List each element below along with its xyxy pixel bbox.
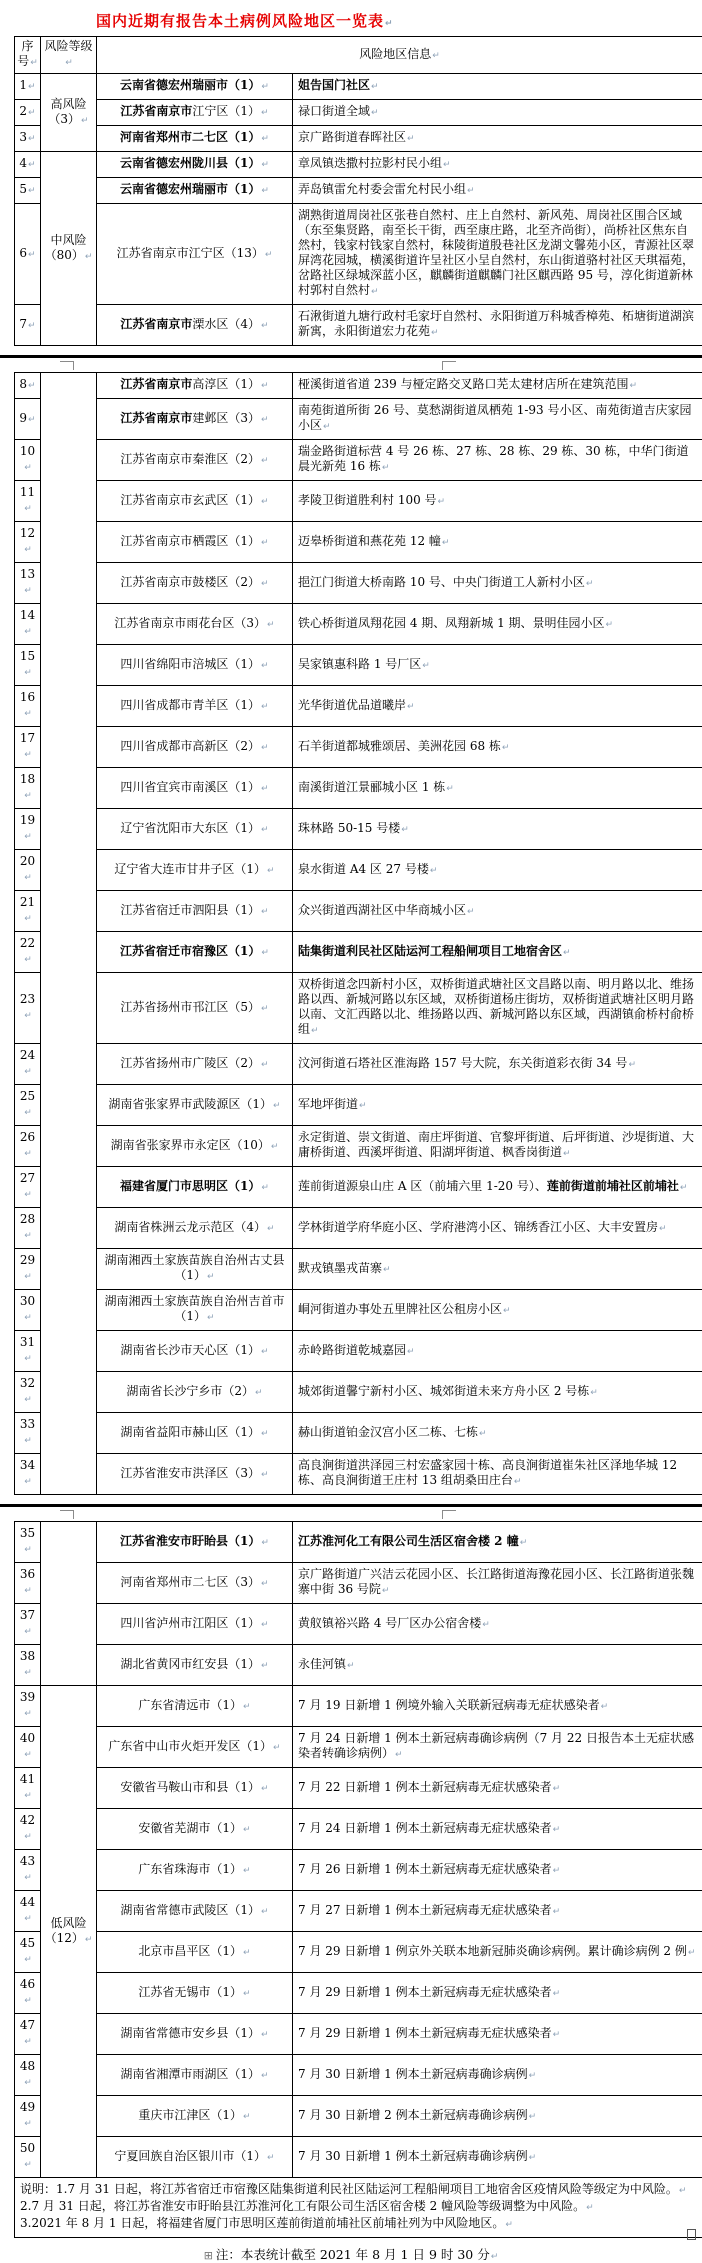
region-text: 湖南省益阳市赫山区（1） [120,1425,260,1439]
region-cell: 湖南省株洲云龙示范区（4）↵ [97,1208,293,1249]
region-text: 广东省清远市（1） [138,1698,242,1712]
line-break-mark: ↵ [28,381,36,391]
risk-table-page-3: 35↵江苏省淮安市盱眙县（1）↵江苏淮河化工有限公司生活区宿舍楼 2 幢↵↵36… [14,1521,702,2238]
info-text: 7 月 24 日新增 1 例本土新冠病毒无症状感染者 [298,1821,552,1835]
table-row: 7↵江苏省南京市溧水区（4）↵石湫街道九塘行政村毛家圩自然村、永阳街道万科城香樟… [15,305,702,346]
region-text: 四川省成都市高新区（2） [120,739,260,753]
line-break-mark: ↵ [491,2252,499,2262]
line-break-mark: ↵ [261,160,269,170]
row-number-text: 18 [20,772,35,786]
region-text: 湖南省张家界市永定区（10） [111,1138,270,1152]
table-row: 46↵江苏省无锡市（1）↵7 月 29 日新增 1 例本土新冠病毒无症状感染者↵… [15,1973,702,2014]
row-number-text: 39 [20,1690,35,1704]
line-break-mark: ↵ [243,1866,251,1876]
row-number: 2↵ [15,100,41,126]
line-break-mark: ↵ [482,1620,490,1630]
table-row: 50↵宁夏回族自治区银川市（1）↵7 月 30 日新增 1 例本土新冠病毒确诊病… [15,2137,702,2178]
info-cell: 章凤镇迭撒村拉影村民小组↵↵ [293,152,702,178]
info-cell: 7 月 22 日新增 1 例本土新冠病毒无症状感染者↵↵ [293,1768,702,1809]
table-header-row: 序号↵ 风险等级↵ 风险地区信息↵ [15,37,702,74]
region-cell: 宁夏回族自治区银川市（1）↵ [97,2137,293,2178]
line-break-mark: ↵ [261,415,269,425]
line-break-mark: ↵ [438,497,446,507]
info-cell: 京广路街道广兴洁云花园小区、长江路街道海豫花园小区、长江路街道张魏寨中街 36 … [293,1563,702,1604]
region-cell: 江苏省南京市秦淮区（2）↵ [97,440,293,481]
line-break-mark: ↵ [606,620,614,630]
line-break-mark: ↵ [28,415,36,425]
info-text: 双桥街道念四新村小区，双桥街道武塘社区文昌路以南、明月路以北、维扬路以西、新城河… [298,977,694,1036]
line-break-mark: ↵ [267,866,275,876]
line-break-mark: ↵ [243,2112,251,2122]
line-break-mark: ↵ [505,2220,513,2230]
line-break-mark: ↵ [24,545,32,555]
line-break-mark: ↵ [261,1579,269,1589]
row-number: 9↵ [15,399,41,440]
table-row: 38↵湖北省黄冈市红安县（1）↵永佳河镇↵↵ [15,1645,702,1686]
region-text: 辽宁省沈阳市大东区（1） [120,821,260,835]
region-text: 江苏省南京市 [120,411,192,425]
row-number: 28↵ [15,1208,41,1249]
info-text: 孝陵卫街道胜利村 100 号 [298,493,437,507]
notes-item: 3.2021 年 8 月 1 日起，将福建省厦门市思明区莲前街道前埔社区前埔社列… [20,2216,504,2230]
row-number: 41↵ [15,1768,41,1809]
info-cell: 7 月 30 日新增 2 例本土新冠病毒确诊病例↵↵ [293,2096,702,2137]
row-number-text: 10 [20,444,35,458]
info-text: 黄舣镇裕兴路 4 号厂区办公宿舍楼 [298,1616,481,1630]
line-break-mark: ↵ [24,709,32,719]
row-number: 34↵ [15,1454,41,1495]
table-row: 20↵辽宁省大连市甘井子区（1）↵泉水街道 A4 区 27 号楼↵↵ [15,850,702,891]
line-break-mark: ↵ [24,1436,32,1446]
region-text: 宁夏回族自治区银川市（1） [114,2149,266,2163]
line-break-mark: ↵ [28,108,36,118]
row-number-text: 29 [20,1253,35,1267]
line-break-mark: ↵ [261,1004,269,1014]
footer-note: 注：本表统计截至 2021 年 8 月 1 日 9 时 30 分 [216,2247,490,2262]
region-text: 江苏省扬州市邗江区（5） [120,1000,260,1014]
line-break-mark: ↵ [207,1272,215,1282]
line-break-mark: ↵ [24,1190,32,1200]
table-row: 23↵江苏省扬州市邗江区（5）↵双桥街道念四新村小区，双桥街道武塘社区文昌路以南… [15,973,702,1044]
risk-level-name: 低风险 [43,1916,94,1931]
region-cell: 四川省绵阳市涪城区（1）↵ [97,645,293,686]
row-number: 42↵ [15,1809,41,1850]
info-cell: 赫山街道铂金汉宫小区二栋、七栋↵↵ [293,1413,702,1454]
info-text: 峒河街道办事处五里牌社区公租房小区 [298,1302,502,1316]
line-break-mark: ↵ [407,702,415,712]
region-text: 湖南省湘潭市雨湖区（1） [120,2067,260,2081]
region-text: 江苏省淮安市洪泽区（3） [120,1466,260,1480]
region-cell: 广东省珠海市（1）↵ [97,1850,293,1891]
line-break-mark: ↵ [24,1545,32,1555]
region-text: 江苏省南京市 [120,317,192,331]
row-number: 35↵ [15,1522,41,1563]
line-break-mark: ↵ [24,1791,32,1801]
info-text: 珠林路 50-15 号楼 [298,821,400,835]
line-break-mark: ↵ [371,108,379,118]
row-number: 18↵ [15,768,41,809]
line-break-mark: ↵ [261,907,269,917]
line-break-mark: ↵ [630,381,638,391]
line-break-mark: ↵ [680,1183,688,1193]
info-cell: 桠溪街道省道 239 与桠定路交叉路口芜太建材店所在建筑范围↵↵ [293,373,702,399]
info-cell: 7 月 30 日新增 1 例本土新冠病毒确诊病例↵↵ [293,2055,702,2096]
row-number: 10↵ [15,440,41,481]
table-row: 29↵湖南湘西土家族苗族自治州古丈县（1）↵默戎镇墨戎苗寨↵↵ [15,1249,702,1290]
table-row: 32↵湖南省长沙宁乡市（2）↵城郊街道馨宁新村小区、城郊街道未来方舟小区 2 号… [15,1372,702,1413]
region-cell: 辽宁省沈阳市大东区（1）↵ [97,809,293,850]
row-number: 8↵ [15,373,41,399]
line-break-mark: ↵ [30,58,38,68]
line-break-mark: ↵ [24,2119,32,2129]
region-cell: 湖北省黄冈市红安县（1）↵ [97,1645,293,1686]
region-cell: 湖南省常德市武陵区（1）↵ [97,1891,293,1932]
row-number: 21↵ [15,891,41,932]
info-cell: 京广路街道春晖社区↵↵ [293,126,702,152]
table-row: 22↵江苏省宿迁市宿豫区（1）↵陆集街道利民社区陆运河工程船闸项目工地宿舍区↵↵ [15,932,702,973]
info-cell: 湖熟街道周岗社区张巷自然村、庄上自然村、新风苑、周岗社区围合区域（东至集贤路，南… [293,204,702,305]
line-break-mark: ↵ [243,1702,251,1712]
line-break-mark: ↵ [24,1914,32,1924]
line-break-mark: ↵ [520,1538,528,1548]
region-text: 重庆市江津区（1） [138,2108,242,2122]
risk-level-count: （3） [48,112,80,126]
table-row: 17↵四川省成都市高新区（2）↵石羊街道都城雅颂居、美洲花园 68 栋↵↵ [15,727,702,768]
info-text: 桠溪街道省道 239 与桠定路交叉路口芜太建材店所在建筑范围 [298,377,629,391]
document-page: 国内近期有报告本土病例风险地区一览表↵ 序号↵ 风险等级↵ 风险地区信息↵ 1↵… [0,0,702,2263]
info-cell: 泉水街道 A4 区 27 号楼↵↵ [293,850,702,891]
info-cell: 城郊街道馨宁新村小区、城郊街道未来方舟小区 2 号栋↵↵ [293,1372,702,1413]
info-text: 铁心桥街道凤翔花园 4 期、凤翔新城 1 期、景明佳园小区 [298,616,605,630]
line-break-mark: ↵ [261,661,269,671]
line-break-mark: ↵ [323,422,331,432]
line-break-mark: ↵ [24,750,32,760]
risk-level-cell: 低风险（12）↵ [41,1686,97,2178]
region-cell: 湖南省长沙市天心区（1）↵ [97,1331,293,1372]
line-break-mark: ↵ [267,620,275,630]
line-break-mark: ↵ [24,1011,32,1021]
risk-level-count: （12） [45,1931,84,1945]
row-number-text: 36 [20,1567,35,1581]
region-text: 安徽省芜湖市（1） [138,1821,242,1835]
table-row: 43↵广东省珠海市（1）↵7 月 26 日新增 1 例本土新冠病毒无症状感染者↵… [15,1850,702,1891]
table-row: 49↵重庆市江津区（1）↵7 月 30 日新增 2 例本土新冠病毒确诊病例↵↵ [15,2096,702,2137]
info-cell: 光华街道优品道曦岸↵↵ [293,686,702,727]
line-break-mark: ↵ [24,2037,32,2047]
line-break-mark: ↵ [385,19,394,29]
info-cell: 军地坪街道↵↵ [293,1085,702,1126]
region-cell: 安徽省马鞍山市和县（1）↵ [97,1768,293,1809]
row-number: 23↵ [15,973,41,1044]
line-break-mark: ↵ [261,1907,269,1917]
table-row: 26↵湖南省张家界市永定区（10）↵永定街道、崇文街道、南庄坪街道、官黎坪街道、… [15,1126,702,1167]
region-cell: 江苏省南京市鼓楼区（2）↵ [97,563,293,604]
table-row: 1↵高风险（3）↵云南省德宏州瑞丽市（1）↵姐告国门社区↵↵ [15,74,702,100]
row-number: 13↵ [15,563,41,604]
line-break-mark: ↵ [679,2186,687,2196]
row-number: 6↵ [15,204,41,305]
line-break-mark: ↵ [261,579,269,589]
row-number: 43↵ [15,1850,41,1891]
region-cell: 江苏省南京市江宁区（13）↵ [97,204,293,305]
line-break-mark: ↵ [24,1955,32,1965]
row-number: 36↵ [15,1563,41,1604]
info-text: 众兴街道西湖社区中华商城小区 [298,903,466,917]
col-header-no: 序号↵ [15,37,41,74]
line-break-mark: ↵ [24,1313,32,1323]
line-break-mark: ↵ [347,1661,355,1671]
line-break-mark: ↵ [261,321,269,331]
row-number-text: 14 [20,608,35,622]
line-break-mark: ↵ [24,1750,32,1760]
region-cell: 四川省成都市青羊区（1）↵ [97,686,293,727]
region-cell: 广东省中山市火炬开发区（1）↵ [97,1727,293,1768]
row-number: 30↵ [15,1290,41,1331]
region-text: 江苏省扬州市广陵区（2） [120,1056,260,1070]
region-text: 安徽省马鞍山市和县（1） [120,1780,260,1794]
line-break-mark: ↵ [590,1388,598,1398]
row-number: 32↵ [15,1372,41,1413]
info-text: 赤岭路街道乾城嘉园 [298,1343,406,1357]
info-text: 7 月 19 日新增 1 例境外输入关联新冠病毒无症状感染者 [298,1698,600,1712]
line-break-mark: ↵ [422,661,430,671]
line-break-mark: ↵ [271,1142,279,1152]
info-text: 7 月 27 日新增 1 例本土新冠病毒无症状感染者 [298,1903,552,1917]
row-number-text: 38 [20,1649,35,1663]
info-text: 石湫街道九塘行政村毛家圩自然村、永阳街道万科城香樟苑、柘塘街道湖滨新寓，永阳街道… [298,309,694,338]
region-cell: 湖南湘西土家族苗族自治州古丈县（1）↵ [97,1249,293,1290]
row-number-text: 16 [20,690,35,704]
line-break-mark: ↵ [261,538,269,548]
region-cell: 广东省清远市（1）↵ [97,1686,293,1727]
row-number: 25↵ [15,1085,41,1126]
line-break-mark: ↵ [261,1429,269,1439]
line-break-mark: ↵ [261,134,269,144]
info-cell: 7 月 26 日新增 1 例本土新冠病毒无症状感染者↵↵ [293,1850,702,1891]
region-cell: 河南省郑州市二七区（1）↵ [97,126,293,152]
row-number: 50↵ [15,2137,41,2178]
row-number-text: 48 [20,2059,35,2073]
info-cell: 黄舣镇裕兴路 4 号厂区办公宿舍楼↵↵ [293,1604,702,1645]
row-number-text: 31 [20,1335,35,1349]
row-number-text: 33 [20,1417,35,1431]
region-cell: 江苏省宿迁市宿豫区（1）↵ [97,932,293,973]
info-cell: 瑞金路街道标营 4 号 26 栋、27 栋、28 栋、29 栋、30 栋，中华门… [293,440,702,481]
text-boundary-mark [442,361,456,370]
row-number-text: 4 [19,156,27,170]
line-break-mark: ↵ [261,1784,269,1794]
region-cell: 江苏省南京市雨花台区（3）↵ [97,604,293,645]
info-text: 陆集街道利民社区陆运河工程船闸项目工地宿舍区 [298,944,562,958]
info-text: 挹江门街道大桥南路 10 号、中央门街道工人新村小区 [298,575,585,589]
line-break-mark: ↵ [273,1101,281,1111]
row-number-text: 50 [20,2141,35,2155]
table-row: 31↵湖南省长沙市天心区（1）↵赤岭路街道乾城嘉园↵↵ [15,1331,702,1372]
notes-line: 2.7 月 31 日起，将江苏省淮安市盱眙县江苏淮河化工有限公司生活区宿舍楼 2… [20,2199,697,2216]
line-break-mark: ↵ [553,1989,561,1999]
line-break-mark: ↵ [24,832,32,842]
table-row: 27↵福建省厦门市思明区（1）↵莲前街道源泉山庄 A 区（前埔六里 1-20 号… [15,1167,702,1208]
line-break-mark: ↵ [529,2153,537,2163]
table-row: 34↵江苏省淮安市洪泽区（3）↵高良涧街道洪泽园三村宏盛家园十栋、高良涧街道崔朱… [15,1454,702,1495]
row-number: 46↵ [15,1973,41,2014]
region-cell: 北京市昌平区（1）↵ [97,1932,293,1973]
row-number: 29↵ [15,1249,41,1290]
line-break-mark: ↵ [24,1627,32,1637]
region-text: 湖南省株洲云龙示范区（4） [114,1220,266,1234]
line-break-mark: ↵ [24,1477,32,1487]
info-cell: 南苑街道所街 26 号、莫愁湖街道凤栖苑 1-93 号小区、南苑街道吉庆家园小区… [293,399,702,440]
notes-cell: 说明：1.7 月 31 日起，将江苏省宿迁市宿豫区陆集街道利民社区陆运河工程船闸… [15,2178,702,2238]
line-break-mark: ↵ [261,456,269,466]
info-text: 7 月 30 日新增 2 例本土新冠病毒确诊病例 [298,2108,528,2122]
line-break-mark: ↵ [514,1477,522,1487]
line-break-mark: ↵ [261,1661,269,1671]
region-text: 广东省珠海市（1） [138,1862,242,1876]
notes-item: 2.7 月 31 日起，将江苏省淮安市盱眙县江苏淮河化工有限公司生活区宿舍楼 2… [20,2199,585,2213]
line-break-mark: ↵ [261,108,269,118]
row-number-text: 30 [20,1294,35,1308]
row-number: 39↵ [15,1686,41,1727]
info-cell: 汶河街道石塔社区淮海路 157 号大院，东关街道彩衣街 34 号↵↵ [293,1044,702,1085]
info-text: 章凤镇迭撒村拉影村民小组 [298,156,442,170]
row-number: 26↵ [15,1126,41,1167]
info-cell: 挹江门街道大桥南路 10 号、中央门街道工人新村小区↵↵ [293,563,702,604]
line-break-mark: ↵ [24,1354,32,1364]
row-number-text: 24 [20,1048,35,1062]
row-number: 48↵ [15,2055,41,2096]
region-cell: 江苏省扬州市广陵区（2）↵ [97,1044,293,1085]
region-text: 江苏省南京市玄武区（1） [120,493,260,507]
row-number-text: 8 [19,377,27,391]
row-number-text: 3 [19,130,27,144]
region-text: 湖南省长沙市天心区（1） [120,1343,260,1357]
line-break-mark: ↵ [24,1395,32,1405]
line-break-mark: ↵ [24,2160,32,2170]
line-break-mark: ↵ [24,627,32,637]
info-cell: 石羊街道都城雅颂居、美洲花园 68 栋↵↵ [293,727,702,768]
info-text: 永定街道、崇文街道、南庄坪街道、官黎坪街道、后坪街道、沙堤街道、大庸桥街道、西溪… [298,1130,694,1159]
region-cell: 辽宁省大连市甘井子区（1）↵ [97,850,293,891]
region-text: 湖南省张家界市武陵源区（1） [108,1097,272,1111]
line-break-mark: ↵ [24,955,32,965]
region-text: 湖南湘西土家族苗族自治州古丈县（1） [104,1253,284,1282]
info-cell: 7 月 29 日新增 1 例本土新冠病毒无症状感染者↵↵ [293,2014,702,2055]
page-break-line [0,355,702,358]
info-text: 7 月 22 日新增 1 例本土新冠病毒无症状感染者 [298,1780,552,1794]
region-text: 河南省郑州市二七区（1） [120,130,260,144]
info-cell: 姐告国门社区↵↵ [293,74,702,100]
table-row: 25↵湖南省张家界市武陵源区（1）↵军地坪街道↵↵ [15,1085,702,1126]
notes-line: 说明：1.7 月 31 日起，将江苏省宿迁市宿豫区陆集街道利民社区陆运河工程船闸… [20,2182,697,2199]
line-break-mark: ↵ [81,116,89,126]
line-break-mark: ↵ [267,1224,275,1234]
col-header-info-text: 风险地区信息 [359,47,431,61]
row-number-text: 19 [20,813,35,827]
region-cell: 江苏省宿迁市泗阳县（1）↵ [97,891,293,932]
region-text: 江宁区（1） [192,104,260,118]
region-text: 湖南省常德市安乡县（1） [120,2026,260,2040]
info-cell: 江苏淮河化工有限公司生活区宿舍楼 2 幢↵↵ [293,1522,702,1563]
info-text: 城郊街道馨宁新村小区、城郊街道未来方舟小区 2 号栋 [298,1384,589,1398]
info-text: 7 月 26 日新增 1 例本土新冠病毒无症状感染者 [298,1862,552,1876]
region-text: 湖南省长沙宁乡市（2） [126,1384,254,1398]
line-break-mark: ↵ [24,873,32,883]
region-cell: 云南省德宏州瑞丽市（1）↵ [97,74,293,100]
table-row: 2↵江苏省南京市江宁区（1）↵禄口街道全域↵↵ [15,100,702,126]
region-cell: 江苏省淮安市洪泽区（3）↵ [97,1454,293,1495]
region-text: 建邺区（3） [192,411,260,425]
line-break-mark: ↵ [467,907,475,917]
line-break-mark: ↵ [261,1183,269,1193]
line-break-mark: ↵ [659,1224,667,1234]
region-text: 江苏省南京市秦淮区（2） [120,452,260,466]
table-row: 9↵江苏省南京市建邺区（3）↵南苑街道所街 26 号、莫愁湖街道凤栖苑 1-93… [15,399,702,440]
info-cell: 7 月 24 日新增 1 例本土新冠病毒确诊病例（7 月 22 日报告本土无症状… [293,1727,702,1768]
line-break-mark: ↵ [28,82,36,92]
info-text: 赫山街道铂金汉宫小区二栋、七栋 [298,1425,478,1439]
anchor-icon: ⊞ [204,2249,213,2262]
line-break-mark: ↵ [688,1948,696,1958]
info-cell: 峒河街道办事处五里牌社区公租房小区↵↵ [293,1290,702,1331]
row-number: 31↵ [15,1331,41,1372]
table-row: 33↵湖南省益阳市赫山区（1）↵赫山街道铂金汉宫小区二栋、七栋↵↵ [15,1413,702,1454]
line-break-mark: ↵ [553,1866,561,1876]
info-cell: 孝陵卫街道胜利村 100 号↵↵ [293,481,702,522]
row-number: 16↵ [15,686,41,727]
table-row: 28↵湖南省株洲云龙示范区（4）↵学林街道学府华庭小区、学府港湾小区、锦绣香江小… [15,1208,702,1249]
table-row: 39↵低风险（12）↵广东省清远市（1）↵7 月 19 日新增 1 例境外输入关… [15,1686,702,1727]
region-cell: 安徽省芜湖市（1）↵ [97,1809,293,1850]
table-row: 45↵北京市昌平区（1）↵7 月 29 日新增 1 例京外关联本地新冠肺炎确诊病… [15,1932,702,1973]
line-break-mark: ↵ [261,948,269,958]
region-cell: 湖南省长沙宁乡市（2）↵ [97,1372,293,1413]
region-cell: 云南省德宏州陇川县（1）↵ [97,152,293,178]
line-break-mark: ↵ [24,1873,32,1883]
line-break-mark: ↵ [261,82,269,92]
info-cell: 莲前街道源泉山庄 A 区（前埔六里 1-20 号）、莲前街道前埔社区前埔社↵↵ [293,1167,702,1208]
region-text: 云南省德宏州瑞丽市（1） [120,78,260,92]
line-break-mark: ↵ [311,1026,319,1036]
row-number-text: 40 [20,1731,35,1745]
line-break-mark: ↵ [261,1470,269,1480]
info-cell: 石湫街道九塘行政村毛家圩自然村、永阳街道万科城香樟苑、柘塘街道湖滨新寓，永阳街道… [293,305,702,346]
line-break-mark: ↵ [24,914,32,924]
region-text: 云南省德宏州陇川县（1） [120,156,260,170]
row-number-text: 45 [20,1936,35,1950]
row-number-text: 17 [20,731,35,745]
info-text: 江苏淮河化工有限公司生活区宿舍楼 2 幢 [298,1534,519,1548]
line-break-mark: ↵ [371,287,379,297]
row-number-text: 35 [20,1526,35,1540]
row-number: 1↵ [15,74,41,100]
line-break-mark: ↵ [24,1709,32,1719]
row-number-text: 49 [20,2100,35,2114]
row-number-text: 41 [20,1772,35,1786]
region-text: 辽宁省大连市甘井子区（1） [114,862,266,876]
line-break-mark: ↵ [261,743,269,753]
table-row: 40↵广东省中山市火炬开发区（1）↵7 月 24 日新增 1 例本土新冠病毒确诊… [15,1727,702,1768]
region-cell: 云南省德宏州瑞丽市（1）↵ [97,178,293,204]
row-number-text: 34 [20,1458,35,1472]
row-number-text: 22 [20,936,35,950]
info-text: 迈皋桥街道和燕花苑 12 幢 [298,534,441,548]
row-number-text: 7 [19,317,27,331]
line-break-mark: ↵ [243,1948,251,1958]
table-row: 44↵湖南省常德市武陵区（1）↵7 月 27 日新增 1 例本土新冠病毒无症状感… [15,1891,702,1932]
info-text: 7 月 29 日新增 1 例本土新冠病毒无症状感染者 [298,1985,552,1999]
line-break-mark: ↵ [467,186,475,196]
